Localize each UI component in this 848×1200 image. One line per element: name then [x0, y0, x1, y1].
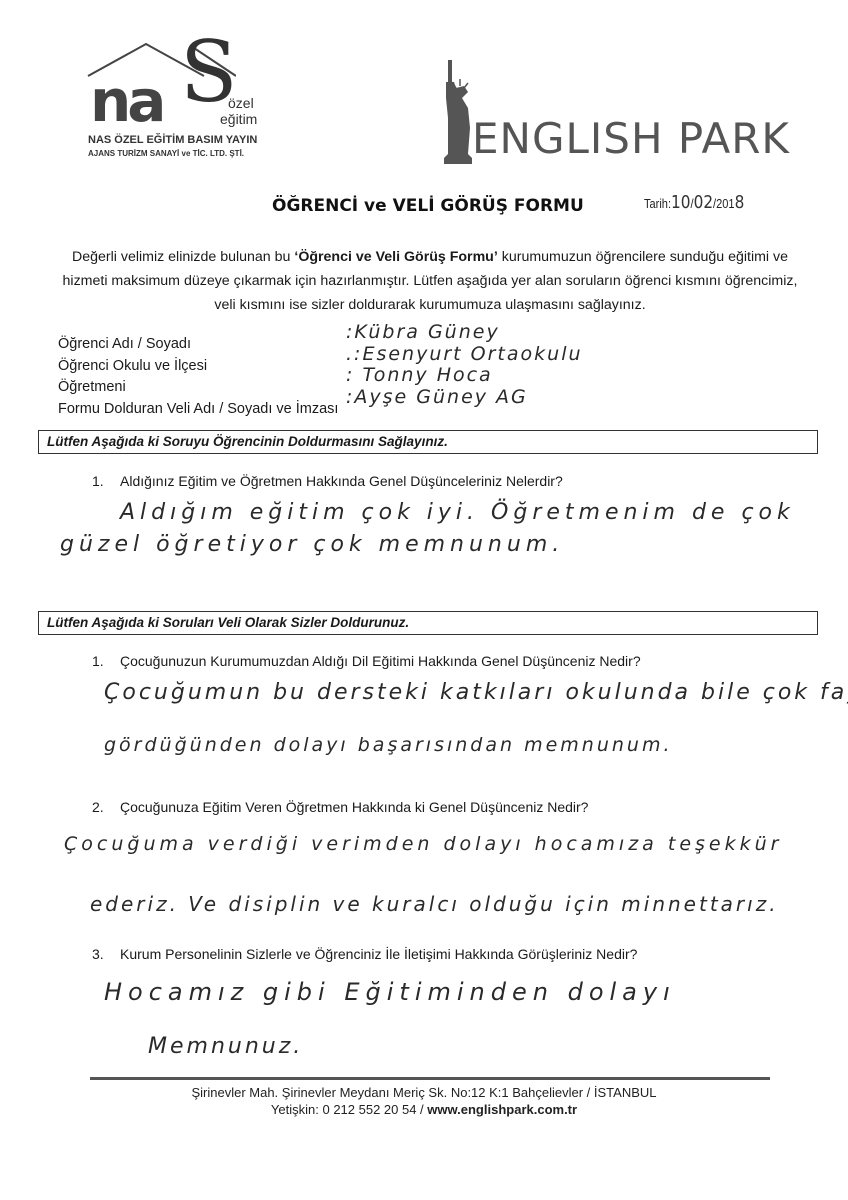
teacher-value: : Tonny Hoca	[346, 365, 583, 387]
parent-answer-2-line-2: ederiz. Ve disiplin ve kuralcı olduğu iç…	[90, 892, 779, 916]
intro-form-name: ‘Öğrenci ve Veli Görüş Formu’	[294, 249, 497, 265]
student-answer-line-2: güzel öğretiyor çok memnunum.	[60, 532, 564, 557]
intro-text-1: Değerli velimiz elinizde bulunan bu	[72, 249, 294, 265]
student-question-1: 1.Aldığınız Eğitim ve Öğretmen Hakkında …	[92, 473, 563, 489]
parent-answer-2-line-1: Çocuğuma verdiği verimden dolayı hocamız…	[64, 833, 782, 855]
info-values: :Kübra Güney .:Esenyurt Ortaokulu : Tonn…	[346, 322, 583, 408]
question-text: Aldığınız Eğitim ve Öğretmen Hakkında Ge…	[120, 473, 563, 489]
student-school-value: .:Esenyurt Ortaokulu	[346, 344, 583, 366]
date-label: Tarih:	[644, 196, 671, 211]
question-text: Kurum Personelinin Sizlerle ve Öğrencini…	[120, 946, 637, 962]
student-name-label: Öğrenci Adı / Soyadı	[58, 334, 338, 356]
parent-name-label: Formu Dolduran Veli Adı / Soyadı ve İmza…	[58, 399, 338, 421]
footer-address: Şirinevler Mah. Şirinevler Meydanı Meriç…	[0, 1085, 848, 1100]
footer-website-link[interactable]: www.englishpark.com.tr	[427, 1102, 577, 1117]
student-section-heading: Lütfen Aşağıda ki Soruyu Öğrencinin Dold…	[38, 430, 818, 454]
student-answer-line-1: Aldığım eğitim çok iyi. Öğretmenim de ço…	[120, 500, 795, 525]
parent-answer-3-line-2: Memnunuz.	[148, 1034, 303, 1059]
date-month: 02	[694, 192, 713, 213]
date-year-suffix: 8	[735, 192, 745, 213]
footer-phone: Yetişkin: 0 212 552 20 54 /	[271, 1102, 427, 1117]
english-park-name: ENGLISH PARK	[472, 118, 790, 160]
question-number: 2.	[92, 799, 120, 815]
question-number: 1.	[92, 653, 120, 669]
nas-logo-ozel: özel	[228, 96, 254, 110]
parent-section-heading: Lütfen Aşağıda ki Soruları Veli Olarak S…	[38, 611, 818, 635]
student-name-value: :Kübra Güney	[346, 322, 583, 344]
parent-answer-1-line-1: Çocuğumun bu dersteki katkıları okulunda…	[104, 680, 848, 705]
nas-company-subtitle: AJANS TURİZM SANAYİ ve TİC. LTD. ŞTİ.	[88, 149, 244, 158]
question-text: Çocuğunuzun Kurumumuzdan Aldığı Dil Eğit…	[120, 653, 641, 669]
parent-question-1: 1.Çocuğunuzun Kurumumuzdan Aldığı Dil Eğ…	[92, 653, 641, 669]
question-number: 1.	[92, 473, 120, 489]
teacher-label: Öğretmeni	[58, 377, 338, 399]
parent-answer-3-line-1: Hocamız gibi Eğitiminden dolayı	[104, 978, 676, 1006]
parent-name-value: :Ayşe Güney AG	[346, 387, 583, 409]
info-labels: Öğrenci Adı / Soyadı Öğrenci Okulu ve İl…	[58, 334, 338, 420]
intro-paragraph: Değerli velimiz elinizde bulunan bu ‘Öğr…	[50, 245, 810, 317]
statue-of-liberty-icon	[442, 58, 476, 166]
nas-company-name: NAS ÖZEL EĞİTİM BASIM YAYIN	[88, 134, 257, 146]
footer-contact: Yetişkin: 0 212 552 20 54 / www.englishp…	[0, 1102, 848, 1117]
question-text: Çocuğunuza Eğitim Veren Öğretmen Hakkınd…	[120, 799, 588, 815]
nas-logo: na S özel eğitim NAS ÖZEL EĞİTİM BASIM Y…	[80, 30, 280, 170]
nas-logo-mark: na	[90, 72, 162, 130]
form-title: ÖĞRENCİ ve VELİ GÖRÜŞ FORMU	[272, 196, 584, 216]
parent-question-2: 2.Çocuğunuza Eğitim Veren Öğretmen Hakkı…	[92, 799, 588, 815]
parent-answer-1-line-2: gördüğünden dolayı başarısından memnunum…	[104, 734, 673, 756]
date-day: 10	[671, 192, 690, 213]
nas-logo-egitim: eğitim	[220, 112, 257, 126]
parent-question-3: 3.Kurum Personelinin Sizlerle ve Öğrenci…	[92, 946, 637, 962]
question-number: 3.	[92, 946, 120, 962]
student-school-label: Öğrenci Okulu ve İlçesi	[58, 356, 338, 378]
english-park-logo: ENGLISH PARK	[436, 58, 796, 168]
date-field: Tarih:10/02/2018	[644, 192, 744, 213]
footer-divider	[90, 1077, 770, 1080]
date-year-prefix: 201	[716, 196, 734, 211]
